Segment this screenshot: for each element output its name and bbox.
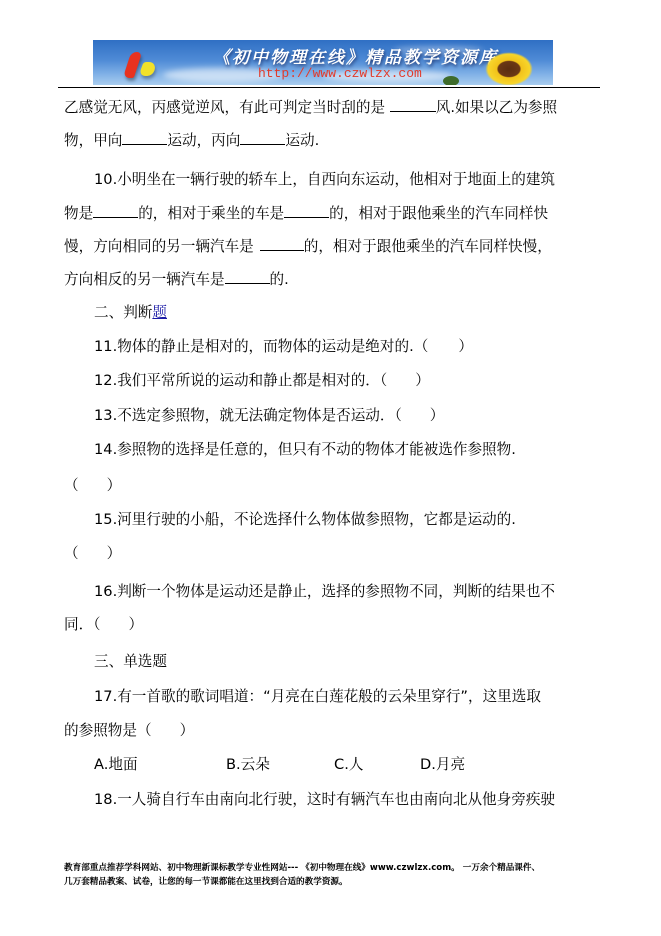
option-c: C.人 xyxy=(334,755,420,775)
answer-blank xyxy=(93,203,138,218)
q13-text: 13.不选定参照物，就无法确定物体是否运动．（ xyxy=(94,407,402,424)
q16-line-2: 同．（） xyxy=(64,615,143,635)
q12-paren: ） xyxy=(415,372,430,389)
q10-text: 慢，方向相同的另一辆汽车是 xyxy=(64,238,254,255)
q15-paren: （ xyxy=(64,545,79,562)
q10-line-2: 物是的，相对于乘坐的车是的，相对于跟他乘坐的汽车同样快 xyxy=(64,203,548,224)
q17-options: A.地面B.云朵C.人D.月亮 xyxy=(94,755,465,775)
q15-line-1: 15.河里行驶的小船，不论选择什么物体做参照物，它都是运动的. xyxy=(94,510,516,530)
logo-icon xyxy=(138,62,157,76)
banner-url: http://www.czwlzx.com xyxy=(258,66,422,81)
q18-line-1: 18.一人骑自行车由南向北行驶，这时有辆汽车也由南向北从他身旁疾驶 xyxy=(94,790,555,810)
q12: 12.我们平常所说的运动和静止都是相对的．（） xyxy=(94,371,430,391)
answer-blank xyxy=(260,236,304,251)
answer-blank xyxy=(225,269,270,284)
q14-line-2: （） xyxy=(64,476,121,496)
q9-text: 运动. xyxy=(285,132,319,149)
q16-paren: ） xyxy=(128,616,143,633)
q10-text: 的，相对于乘坐的车是 xyxy=(138,205,284,222)
q10-line-4: 方向相反的另一辆汽车是的. xyxy=(64,269,289,290)
option-a: A.地面 xyxy=(94,755,226,775)
banner-title: 《初中物理在线》精品教学资源库 xyxy=(213,43,498,68)
q13-paren: ） xyxy=(430,407,445,424)
q9-text: 运动，丙向 xyxy=(167,132,240,149)
q9-line-1: 乙感觉无风，丙感觉逆风，有此可判定当时刮的是 风.如果以乙为参照 xyxy=(64,97,557,118)
answer-blank xyxy=(284,203,329,218)
q10-text: 方向相反的另一辆汽车是 xyxy=(64,271,225,288)
answer-blank xyxy=(390,97,436,112)
q9-text: 物，甲向 xyxy=(64,132,122,149)
section-3-heading: 三、单选题 xyxy=(94,652,167,672)
q14-paren: （ xyxy=(64,477,79,494)
q9-text: 风.如果以乙为参照 xyxy=(436,99,557,116)
q15-paren: ） xyxy=(107,545,122,562)
section-2-link[interactable]: 题 xyxy=(152,304,167,321)
q14-line-1: 14.参照物的选择是任意的，但只有不动的物体才能被选作参照物. xyxy=(94,440,516,460)
q16-line-1: 16.判断一个物体是运动还是静止，选择的参照物不同，判断的结果也不 xyxy=(94,582,555,602)
footer-line-2: 几万套精品教案、试卷，让您的每一节课都能在这里找到合适的教学资源。 xyxy=(64,876,348,888)
answer-blank xyxy=(122,130,167,145)
answer-blank xyxy=(240,130,285,145)
leaf-decoration xyxy=(443,76,459,85)
header-banner: 《初中物理在线》精品教学资源库 http://www.czwlzx.com xyxy=(93,40,553,85)
option-b: B.云朵 xyxy=(226,755,334,775)
q12-text: 12.我们平常所说的运动和静止都是相对的．（ xyxy=(94,372,387,389)
q11: 11.物体的静止是相对的，而物体的运动是绝对的.（） xyxy=(94,337,473,357)
q16-text: 同．（ xyxy=(64,616,100,633)
q17-line-1: 17.有一首歌的歌词唱道：“月亮在白莲花般的云朵里穿行”，这里选取 xyxy=(94,687,541,707)
q9-line-2: 物，甲向运动，丙向运动. xyxy=(64,130,319,151)
header-divider xyxy=(58,87,600,88)
section-2-title: 二、判断 xyxy=(94,304,152,321)
q11-text: 11.物体的静止是相对的，而物体的运动是绝对的.（ xyxy=(94,338,428,355)
sunflower-icon xyxy=(485,52,533,85)
option-d: D.月亮 xyxy=(420,755,465,775)
q10-line-3: 慢，方向相同的另一辆汽车是的，相对于跟他乘坐的汽车同样快慢， xyxy=(64,236,552,257)
q17-line-2: 的参照物是（） xyxy=(64,721,194,741)
q10-text: 物是 xyxy=(64,205,93,222)
q17-paren: ） xyxy=(180,722,195,739)
q10-text: 的. xyxy=(270,271,289,288)
section-2-heading: 二、判断题 xyxy=(94,303,167,323)
q10-text: 的，相对于跟他乘坐的汽车同样快慢， xyxy=(304,238,552,255)
q17-text: 的参照物是（ xyxy=(64,722,152,739)
q11-paren: ） xyxy=(458,338,473,355)
q14-paren: ） xyxy=(107,477,122,494)
q10-line-1: 10.小明坐在一辆行驶的轿车上，自西向东运动，他相对于地面上的建筑 xyxy=(94,170,555,190)
q9-text: 乙感觉无风，丙感觉逆风，有此可判定当时刮的是 xyxy=(64,99,390,116)
logo-icon xyxy=(123,52,142,78)
q15-line-2: （） xyxy=(64,544,121,564)
footer-line-1: 教育部重点推荐学科网站、初中物理新课标教学专业性网站--- 《初中物理在线》ww… xyxy=(64,862,540,874)
q13: 13.不选定参照物，就无法确定物体是否运动．（） xyxy=(94,406,444,426)
q10-text: 的，相对于跟他乘坐的汽车同样快 xyxy=(329,205,548,222)
